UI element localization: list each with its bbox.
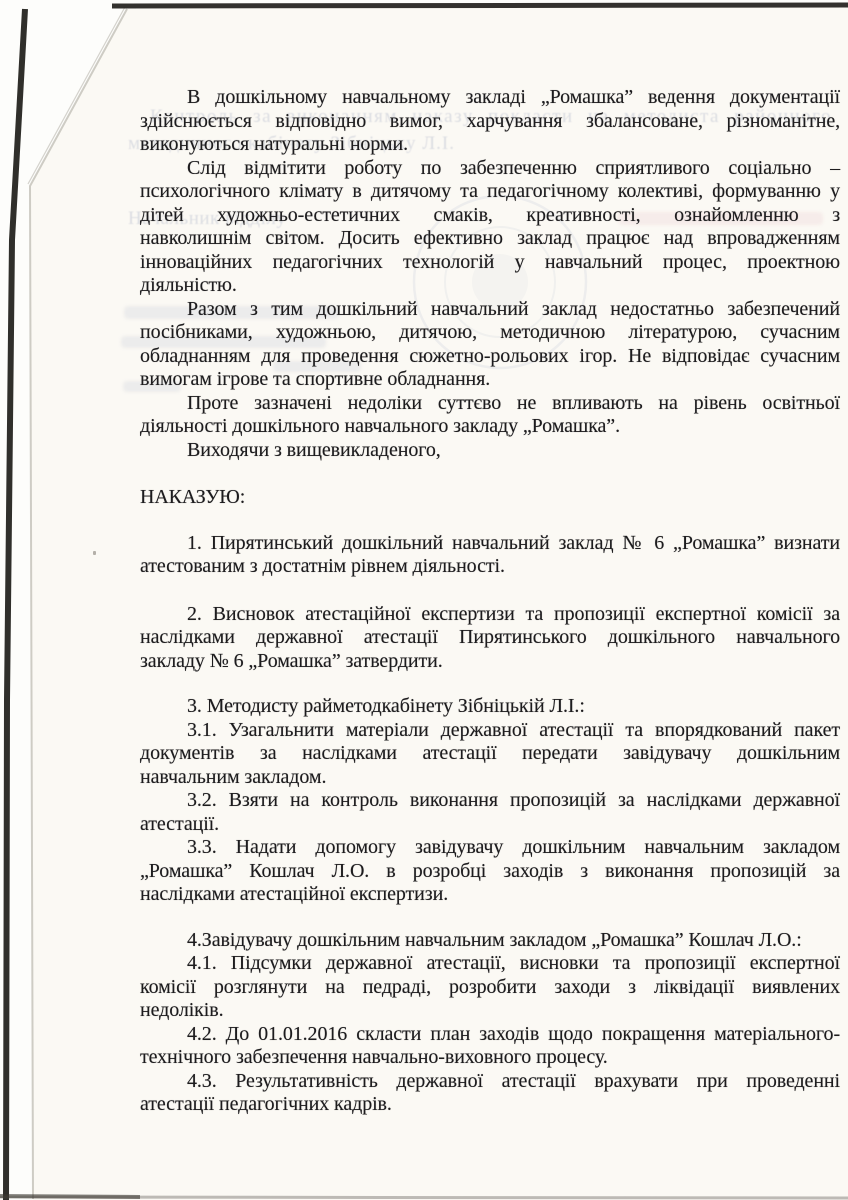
text-line: 4.1. Підсумки державної атестації, висно… (140, 952, 840, 976)
text-line: навколишнім світом. Досить ефективно зак… (140, 227, 840, 251)
text-line: технічного забезпечення навчально-виховн… (140, 1046, 840, 1070)
text-line: Разом з тим дошкільний навчальний заклад… (140, 298, 840, 322)
text-line: В дошкільному навчальному закладі „Ромаш… (140, 86, 840, 110)
block-item-4: 4.Завідувачу дошкільним навчальним закла… (140, 929, 840, 953)
text-line: 2. Висновок атестаційної експертизи та п… (140, 603, 840, 627)
text-line: 3.1. Узагальнити матеріали державної ате… (140, 719, 840, 743)
text-line: атестації. (140, 813, 840, 837)
text-line: інноваційних педагогічних технологій у н… (140, 251, 840, 275)
text-line: діяльністю. (140, 274, 840, 298)
block-order-heading: НАКАЗУЮ: (140, 486, 840, 510)
text-line: атестованим з достатнім рівнем діяльност… (140, 555, 840, 579)
block-item-3-3: 3.3. Надати допомогу завідувачу дошкільн… (140, 836, 840, 907)
text-line: 4.2. До 01.01.2016 скласти план заходів … (140, 1023, 840, 1047)
text-line: діяльності дошкільного навчального закла… (140, 415, 840, 439)
text-line: 4.Завідувачу дошкільним навчальним закла… (140, 929, 840, 953)
text-line: НАКАЗУЮ: (140, 486, 840, 510)
block-item-4-1: 4.1. Підсумки державної атестації, висно… (140, 952, 840, 1023)
text-line: 3. Методисту райметодкабінету Зібніцькій… (140, 695, 840, 719)
text-line: здійснюється відповідно вимог, харчуванн… (140, 110, 840, 134)
text-line: документів за наслідками атестації перед… (140, 742, 840, 766)
text-line: посібниками, художньою, дитячою, методич… (140, 321, 840, 345)
text-line: Слід відмітити роботу по забезпеченню сп… (140, 157, 840, 181)
text-line: Проте зазначені недоліки суттєво не впли… (140, 392, 840, 416)
block-item-1: 1. Пирятинський дошкільний навчальний за… (140, 532, 840, 579)
block-p2: Слід відмітити роботу по забезпеченню сп… (140, 157, 840, 298)
text-line: атестації педагогічних кадрів. (140, 1093, 840, 1117)
text-line: виконуються натуральні норми. (140, 133, 840, 157)
block-item-4-3: 4.3. Результативність державної атестаці… (140, 1070, 840, 1117)
block-item-4-2: 4.2. До 01.01.2016 скласти план заходів … (140, 1023, 840, 1070)
text-line: навчальним закладом. (140, 766, 840, 790)
text-line: обладнанням для проведення сюжетно-рольо… (140, 345, 840, 369)
text-line: 3.3. Надати допомогу завідувачу дошкільн… (140, 836, 840, 860)
block-p1: В дошкільному навчальному закладі „Ромаш… (140, 86, 840, 157)
text-line: недоліків. (140, 999, 840, 1023)
text-line: психологічного клімату в дитячому та пед… (140, 180, 840, 204)
text-line: 1. Пирятинський дошкільний навчальний за… (140, 532, 840, 556)
block-item-3: 3. Методисту райметодкабінету Зібніцькій… (140, 695, 840, 719)
text-line: 3.2. Взяти на контроль виконання пропози… (140, 789, 840, 813)
text-line: наслідками державної атестації Пирятинсь… (140, 626, 840, 650)
text-line: закладу № 6 „Ромашка” затвердити. (140, 650, 840, 674)
text-line: Виходячи з вищевикладеного, (140, 439, 840, 463)
block-p4: Проте зазначені недоліки суттєво не впли… (140, 392, 840, 439)
text-line: 4.3. Результативність державної атестаці… (140, 1070, 840, 1094)
text-line: вимогам ігрове та спортивне обладнання. (140, 368, 840, 392)
block-item-3-2: 3.2. Взяти на контроль виконання пропози… (140, 789, 840, 836)
text-line: наслідками атестаційної експертизи. (140, 883, 840, 907)
block-item-2: 2. Висновок атестаційної експертизи та п… (140, 603, 840, 674)
text-line: комісії розглянути на педраді, розробити… (140, 976, 840, 1000)
scan-speck (93, 551, 96, 555)
document-text: В дошкільному навчальному закладі „Ромаш… (140, 86, 840, 1117)
block-p5: Виходячи з вищевикладеного, (140, 439, 840, 463)
block-p3: Разом з тим дошкільний навчальний заклад… (140, 298, 840, 392)
scanned-document: { "page": { "kind": "scanned official or… (0, 0, 848, 1200)
text-line: „Ромашка” Кошлач Л.О. в розробці заходів… (140, 860, 840, 884)
text-line: дітей художньо-естетичних смаків, креати… (140, 204, 840, 228)
block-item-3-1: 3.1. Узагальнити матеріали державної ате… (140, 719, 840, 790)
